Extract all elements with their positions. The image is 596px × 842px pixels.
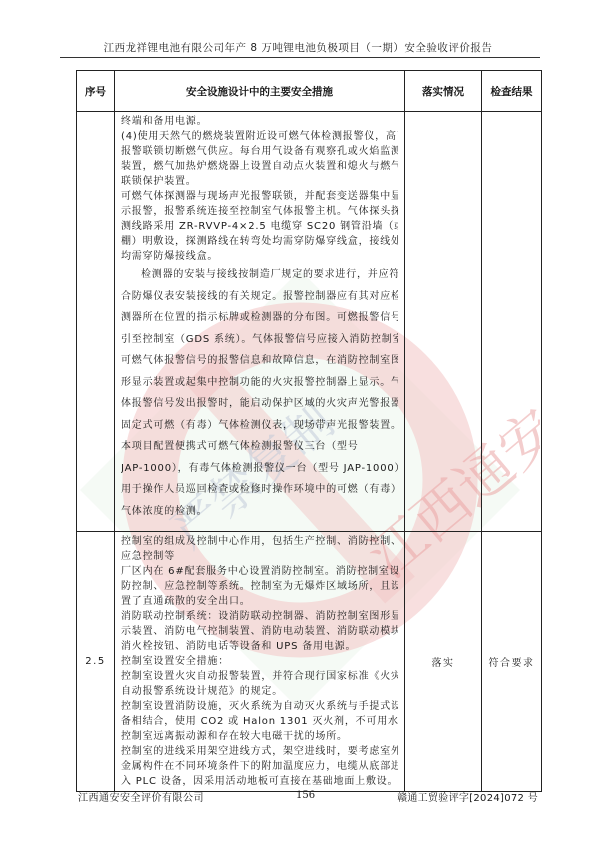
row-number: 2.5 [77,532,115,792]
table-row: 终端和备用电源。 (4)使用天然气的燃烧装置附近设可燃气体检测报警仪，高高 报警… [77,112,542,532]
measure-line: (4)使用天然气的燃烧装置附近设可燃气体检测报警仪，高高 [121,129,398,144]
measure-cell: 终端和备用电源。 (4)使用天然气的燃烧装置附近设可燃气体检测报警仪，高高 报警… [115,112,405,532]
footer-company: 江西通安安全评价有限公司 [78,789,204,804]
measure-line: 气体浓度的检测。 [121,501,398,523]
implementation-status [405,112,482,532]
check-result [482,112,542,532]
measure-cell: 控制室的组成及控制中心作用，包括生产控制、消防控制、 应急控制等 厂区内在 6#… [115,532,405,792]
column-header-measure: 安全设施设计中的主要安全措施 [115,71,405,112]
column-header-no: 序号 [77,71,115,112]
measure-line: 示报警，报警系统连接至控制室气体报警主机。气体探头探 [121,204,398,219]
measure-line: 联锁保护装置。 [121,174,398,189]
column-header-result: 检查结果 [482,71,542,112]
measure-line: 置了直通疏散的安全出口。 [121,594,398,609]
measure-line: 消防联动控制系统：设消防联动控制器、消防控制室图形显 [121,609,398,624]
measure-line: 入 PLC 设备，因采用活动地板可直接在基础地面上敷设。 [121,774,398,789]
measure-line: 用于操作人员巡回检查或检修时操作环境中的可燃（有毒） [121,479,398,501]
measure-line: 消火栓按钮、消防电话等设备和 UPS 备用电源。 [121,639,398,654]
row-number [77,112,115,532]
measure-line: 示装置、消防电气控制装置、消防电动装置、消防联动模块、 [121,624,398,639]
measure-line: 控制室远离振动源和存在较大电磁干扰的场所。 [121,729,398,744]
measure-line: 测线路采用 ZR-RVVP-4×2.5 电缆穿 SC20 钢管沿墙（或沿天 [121,219,398,234]
measure-line: 形显示装置或起集中控制功能的火灾报警控制器上显示。气 [121,372,398,394]
measure-line: 备相结合，使用 CO2 或 Halon 1301 灭火剂，不可用水。 [121,714,398,729]
page-number: 156 [296,790,315,801]
measure-line: 金属构件在不同环境条件下的附加温度应力，电缆从底部进 [121,759,398,774]
measure-line: 控制室设置安全措施： [121,654,398,669]
measure-line: 合防爆仪表安装接线的有关规定。报警控制器应有其对应检 [121,286,398,308]
column-header-implementation: 落实情况 [405,71,482,112]
measure-line: 引至控制室（GDS 系统）。气体报警信号应接入消防控制室。 [121,329,398,351]
measure-line: 本项目配置便携式可燃气体检测报警仪三台（型号 [121,436,398,458]
implementation-status: 落实 [405,532,482,792]
measure-line: JAP-1000），有毒气体检测报警仪一台（型号 JAP-1000）。 [121,458,398,480]
header-divider [60,57,540,58]
measure-line: 报警联锁切断燃气供应。每台用气设备有观察孔或火焰监测 [121,144,398,159]
table-row: 2.5 控制室的组成及控制中心作用，包括生产控制、消防控制、 应急控制等 厂区内… [77,532,542,792]
measure-line: 棚）明敷设，探测路线在转弯处均需穿防爆穿线盒，接线处 [121,234,398,249]
measure-line: 检测器的安装与接线按制造厂规定的要求进行，并应符 [121,264,398,286]
check-result: 符合要求 [482,532,542,792]
measure-line: 应急控制等 [121,549,398,564]
measure-line: 终端和备用电源。 [121,114,398,129]
measure-line: 控制室设置火灾自动报警装置，并符合现行国家标准《火灾 [121,669,398,684]
measure-line: 测器所在位置的指示标牌或检测器的分布图。可燃报警信号 [121,307,398,329]
measure-line: 均需穿防爆接线盒。 [121,249,398,264]
measure-line: 自动报警系统设计规范》的规定。 [121,684,398,699]
measure-line: 控制室设置消防设施，灭火系统为自动灭火系统与手提式设 [121,699,398,714]
measure-line: 可燃气体报警信号的报警信息和故障信息，在消防控制室图 [121,350,398,372]
table-header-row: 序号 安全设施设计中的主要安全措施 落实情况 检查结果 [77,71,542,112]
report-title: 江西龙祥锂电池有限公司年产 8 万吨锂电池负极项目（一期）安全验收评价报告 [0,40,596,55]
measure-line: 控制室的进线采用架空进线方式，架空进线时，要考虑室外 [121,744,398,759]
measure-line: 防控制、应急控制等系统。控制室为无爆炸区域场所，且设 [121,579,398,594]
measure-line: 厂区内在 6#配套服务中心设置消防控制室。消防控制室设消 [121,564,398,579]
measure-line: 装置，燃气加热炉燃烧器上设置自动点火装置和熄火与燃气 [121,159,398,174]
measure-line: 控制室的组成及控制中心作用，包括生产控制、消防控制、 [121,534,398,549]
safety-measures-table: 序号 安全设施设计中的主要安全措施 落实情况 检查结果 终端和备用电源。 (4)… [76,70,542,792]
measure-line: 可燃气体探测器与现场声光报警联锁，并配套变送器集中显 [121,189,398,204]
measure-line: 固定式可燃（有毒）气体检测仪表，现场带声光报警装置。 [121,415,398,437]
measure-line: 体报警信号发出报警时，能启动保护区域的火灾声光警报器。 [121,393,398,415]
report-number: 赣通工贸验评字[2024]072 号 [397,789,538,804]
